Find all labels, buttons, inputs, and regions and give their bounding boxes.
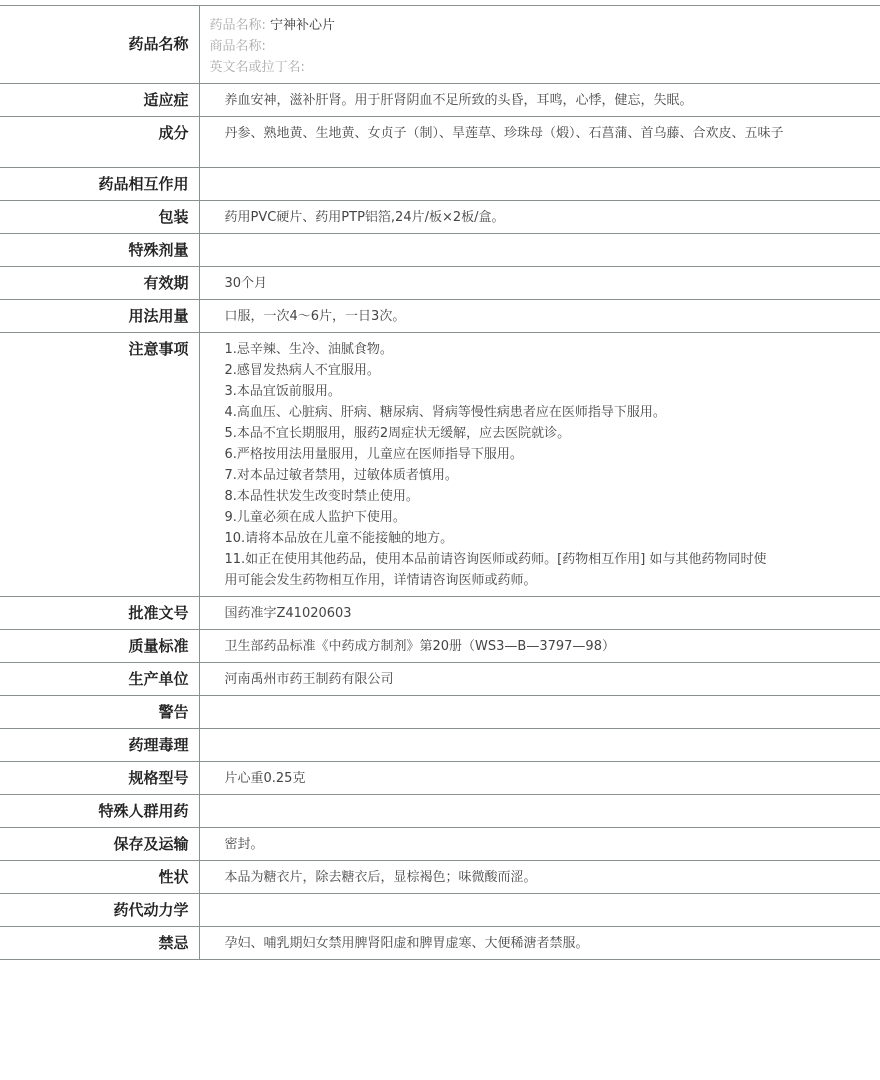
row-special-dosage: 特殊剂量 [0,234,880,267]
row-packaging: 包装 药用PVC硬片、药用PTP铝箔,24片/板×2板/盒。 [0,201,880,234]
value-manufacturer: 河南禹州市药王制药有限公司 [199,663,880,696]
value-warning [199,696,880,729]
precaution-item: 5.本品不宜长期服用，服药2周症状无缓解，应去医院就诊。 [225,423,771,444]
row-indications: 适应症 养血安神，滋补肝肾。用于肝肾阴血不足所致的头昏，耳鸣，心悸，健忘，失眠。 [0,84,880,117]
row-precautions: 注意事项 1.忌辛辣、生冷、油腻食物。 2.感冒发热病人不宜服用。 3.本品宜饭… [0,333,880,597]
label-special-dosage: 特殊剂量 [0,234,199,267]
label-interactions: 药品相互作用 [0,168,199,201]
label-storage: 保存及运输 [0,828,199,861]
label-manufacturer: 生产单位 [0,663,199,696]
label-ingredients: 成分 [0,117,199,168]
label-drug-name: 药品名称 [0,6,199,84]
english-name-line: 英文名或拉丁名: [210,57,880,78]
row-contraindications: 禁忌 孕妇、哺乳期妇女禁用脾肾阳虚和脾胃虚寒、大便稀溏者禁服。 [0,927,880,960]
value-interactions [199,168,880,201]
value-indications: 养血安神，滋补肝肾。用于肝肾阴血不足所致的头昏，耳鸣，心悸，健忘，失眠。 [199,84,880,117]
label-warning: 警告 [0,696,199,729]
trade-name-line: 商品名称: [210,36,880,57]
value-packaging: 药用PVC硬片、药用PTP铝箔,24片/板×2板/盒。 [199,201,880,234]
label-shelf-life: 有效期 [0,267,199,300]
value-storage: 密封。 [199,828,880,861]
english-name-key: 英文名或拉丁名: [210,60,305,75]
value-quality-standard: 卫生部药品标准《中药成方制剂》第20册（WS3—B—3797—98） [199,630,880,663]
precaution-item: 11.如正在使用其他药品，使用本品前请咨询医师或药师。[药物相互作用] 如与其他… [225,549,771,591]
value-usage: 口服，一次4～6片，一日3次。 [199,300,880,333]
value-description: 本品为糖衣片，除去糖衣后，显棕褐色；味微酸而涩。 [199,861,880,894]
value-special-dosage [199,234,880,267]
value-approval-number: 国药准字Z41020603 [199,597,880,630]
label-description: 性状 [0,861,199,894]
row-ingredients: 成分 丹参、熟地黄、生地黄、女贞子（制）、旱莲草、珍珠母（煅）、石菖蒲、首乌藤、… [0,117,880,168]
row-usage: 用法用量 口服，一次4～6片，一日3次。 [0,300,880,333]
row-manufacturer: 生产单位 河南禹州市药王制药有限公司 [0,663,880,696]
row-interactions: 药品相互作用 [0,168,880,201]
precaution-item: 6.严格按用法用量服用，儿童应在医师指导下服用。 [225,444,771,465]
drug-spec-table: 药品名称 药品名称: 宁神补心片 商品名称: 英文名或拉丁名: 适应症 养血安神… [0,5,880,960]
precaution-item: 8.本品性状发生改变时禁止使用。 [225,486,771,507]
drug-name-key: 药品名称: [210,18,266,33]
label-quality-standard: 质量标准 [0,630,199,663]
value-precautions: 1.忌辛辣、生冷、油腻食物。 2.感冒发热病人不宜服用。 3.本品宜饭前服用。 … [199,333,880,597]
row-storage: 保存及运输 密封。 [0,828,880,861]
row-warning: 警告 [0,696,880,729]
precaution-item: 2.感冒发热病人不宜服用。 [225,360,771,381]
row-quality-standard: 质量标准 卫生部药品标准《中药成方制剂》第20册（WS3—B—3797—98） [0,630,880,663]
row-approval-number: 批准文号 国药准字Z41020603 [0,597,880,630]
label-indications: 适应症 [0,84,199,117]
value-ingredients: 丹参、熟地黄、生地黄、女贞子（制）、旱莲草、珍珠母（煅）、石菖蒲、首乌藤、合欢皮… [199,117,880,168]
label-approval-number: 批准文号 [0,597,199,630]
label-packaging: 包装 [0,201,199,234]
row-specification: 规格型号 片心重0.25克 [0,762,880,795]
label-special-populations: 特殊人群用药 [0,795,199,828]
row-pharmacokinetics: 药代动力学 [0,894,880,927]
precaution-item: 3.本品宜饭前服用。 [225,381,771,402]
row-shelf-life: 有效期 30个月 [0,267,880,300]
value-shelf-life: 30个月 [199,267,880,300]
drug-name-line: 药品名称: 宁神补心片 [210,15,880,36]
value-contraindications: 孕妇、哺乳期妇女禁用脾肾阳虚和脾胃虚寒、大便稀溏者禁服。 [199,927,880,960]
value-drug-name: 药品名称: 宁神补心片 商品名称: 英文名或拉丁名: [199,6,880,84]
row-drug-name: 药品名称 药品名称: 宁神补心片 商品名称: 英文名或拉丁名: [0,6,880,84]
row-description: 性状 本品为糖衣片，除去糖衣后，显棕褐色；味微酸而涩。 [0,861,880,894]
label-contraindications: 禁忌 [0,927,199,960]
precaution-item: 1.忌辛辣、生冷、油腻食物。 [225,339,771,360]
drug-name-value: 宁神补心片 [270,18,335,33]
label-toxicology: 药理毒理 [0,729,199,762]
value-toxicology [199,729,880,762]
precaution-item: 7.对本品过敏者禁用，过敏体质者慎用。 [225,465,771,486]
value-special-populations [199,795,880,828]
precaution-item: 4.高血压、心脏病、肝病、糖尿病、肾病等慢性病患者应在医师指导下服用。 [225,402,771,423]
label-usage: 用法用量 [0,300,199,333]
precaution-item: 10.请将本品放在儿童不能接触的地方。 [225,528,771,549]
label-precautions: 注意事项 [0,333,199,597]
row-toxicology: 药理毒理 [0,729,880,762]
label-pharmacokinetics: 药代动力学 [0,894,199,927]
row-special-populations: 特殊人群用药 [0,795,880,828]
label-specification: 规格型号 [0,762,199,795]
precaution-item: 9.儿童必须在成人监护下使用。 [225,507,771,528]
trade-name-key: 商品名称: [210,39,266,54]
value-pharmacokinetics [199,894,880,927]
value-specification: 片心重0.25克 [199,762,880,795]
